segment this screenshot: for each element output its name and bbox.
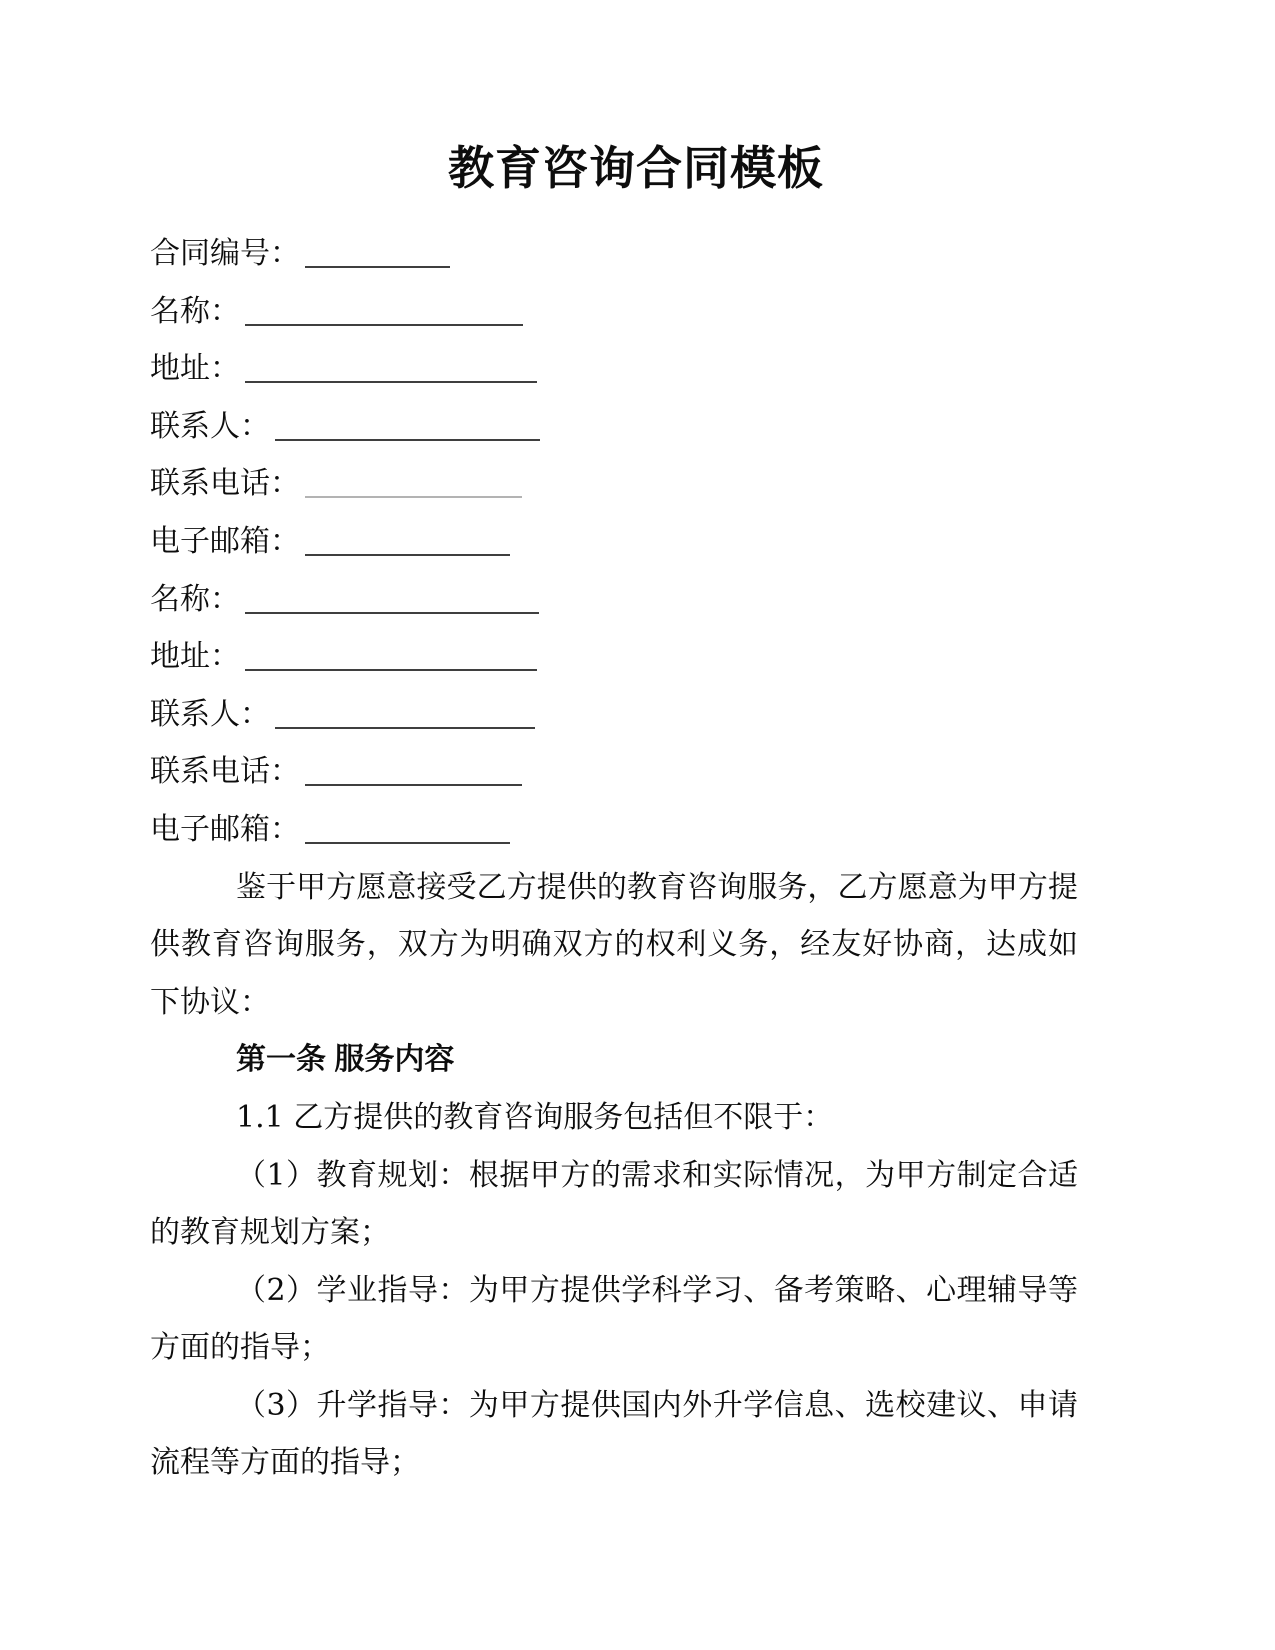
party-fields: 合同编号：名称：地址：联系人：联系电话：电子邮箱：名称：地址：联系人：联系电话：… — [150, 225, 1078, 859]
field-row: 联系电话： — [150, 455, 1078, 513]
blank-fill-line — [245, 667, 537, 671]
field-row: 电子邮箱： — [150, 801, 1078, 859]
blank-fill-line — [305, 782, 522, 786]
clause-1-1-items: （1）教育规划：根据甲方的需求和实际情况，为甲方制定合适的教育规划方案；（2）学… — [150, 1147, 1078, 1493]
field-label: 联系电话： — [150, 466, 300, 501]
blank-fill-line — [305, 264, 450, 268]
field-label: 联系人： — [150, 697, 270, 732]
field-row: 合同编号： — [150, 225, 1078, 283]
section-1-heading: 第一条 服务内容 — [150, 1031, 1078, 1089]
field-label: 联系人： — [150, 409, 270, 444]
field-row: 名称： — [150, 571, 1078, 629]
preamble-paragraph: 鉴于甲方愿意接受乙方提供的教育咨询服务，乙方愿意为甲方提供教育咨询服务，双方为明… — [150, 859, 1078, 1032]
service-item: （1）教育规划：根据甲方的需求和实际情况，为甲方制定合适的教育规划方案； — [150, 1147, 1078, 1262]
service-item: （3）升学指导：为甲方提供国内外升学信息、选校建议、申请流程等方面的指导； — [150, 1377, 1078, 1492]
field-row: 地址： — [150, 340, 1078, 398]
field-row: 联系人： — [150, 686, 1078, 744]
blank-fill-line — [305, 840, 510, 844]
contract-document-page: 教育咨询合同模板 合同编号：名称：地址：联系人：联系电话：电子邮箱：名称：地址：… — [0, 0, 1275, 1650]
clause-1-1: 1.1 乙方提供的教育咨询服务包括但不限于： — [150, 1089, 1078, 1147]
blank-fill-line — [245, 322, 523, 326]
field-label: 名称： — [150, 294, 240, 329]
blank-fill-line — [275, 437, 540, 441]
service-item: （2）学业指导：为甲方提供学科学习、备考策略、心理辅导等方面的指导； — [150, 1262, 1078, 1377]
field-label: 名称： — [150, 582, 240, 617]
field-row: 名称： — [150, 283, 1078, 341]
field-label: 电子邮箱： — [150, 812, 300, 847]
field-label: 地址： — [150, 351, 240, 386]
field-row: 联系人： — [150, 398, 1078, 456]
field-row: 地址： — [150, 628, 1078, 686]
document-title: 教育咨询合同模板 — [172, 132, 1100, 204]
blank-fill-line — [305, 494, 522, 498]
field-label: 电子邮箱： — [150, 524, 300, 559]
document-content: 教育咨询合同模板 合同编号：名称：地址：联系人：联系电话：电子邮箱：名称：地址：… — [150, 132, 1078, 1492]
blank-fill-line — [275, 725, 535, 729]
blank-fill-line — [245, 610, 539, 614]
blank-fill-line — [305, 552, 510, 556]
field-label: 联系电话： — [150, 754, 300, 789]
field-row: 电子邮箱： — [150, 513, 1078, 571]
blank-fill-line — [245, 379, 537, 383]
field-label: 合同编号： — [150, 236, 300, 271]
field-row: 联系电话： — [150, 743, 1078, 801]
field-label: 地址： — [150, 639, 240, 674]
